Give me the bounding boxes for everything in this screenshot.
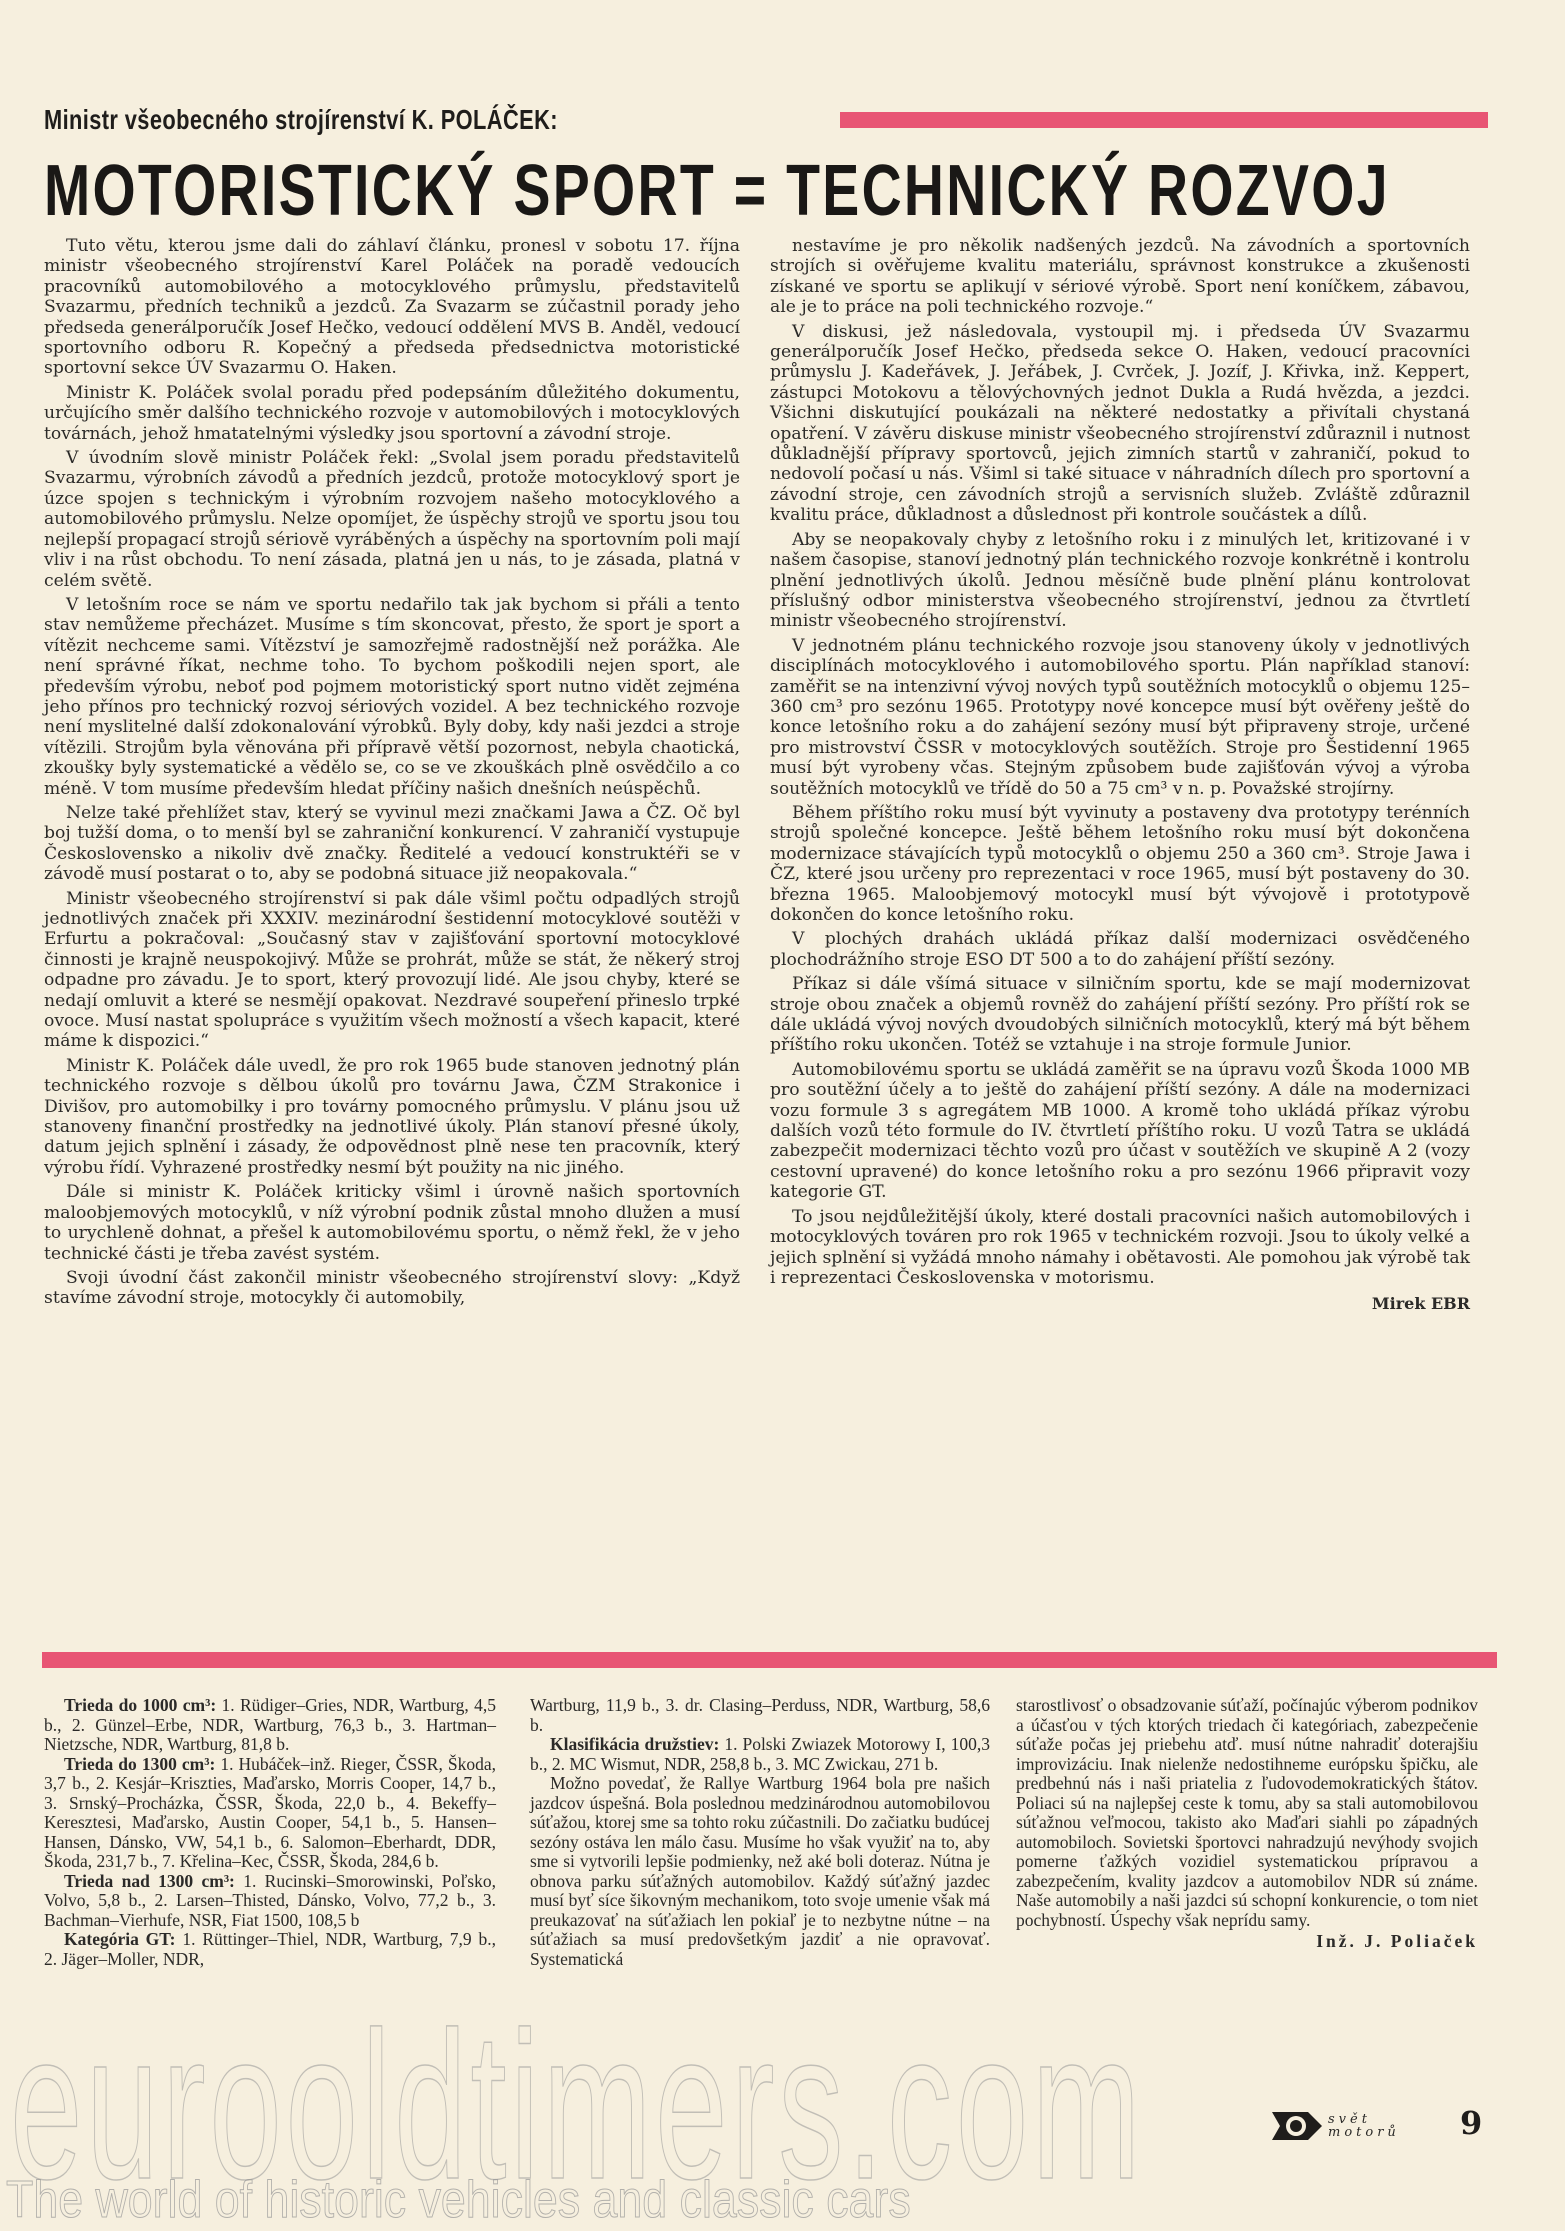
eye-logo-icon (1272, 2112, 1322, 2140)
results-text: Wartburg, 11,9 b., 3. dr. Clasing–Perdus… (530, 1695, 990, 1735)
results-paragraph: Kategória GT: 1. Rüttinger–Thiel, NDR, W… (44, 1930, 496, 1969)
logo-text-line2: motorů (1328, 2126, 1400, 2139)
article-paragraph: Tuto větu, kterou jsme dali do záhlaví č… (44, 236, 740, 379)
results-paragraph: Trieda do 1300 cm³: 1. Hubáček–inž. Rieg… (44, 1755, 496, 1872)
results-text: Možno povedať, že Rallye Wartburg 1964 b… (530, 1773, 990, 1969)
kicker: Ministr všeobecného strojírenství K. POL… (44, 104, 558, 136)
red-accent-bar-top (840, 112, 1488, 128)
article-paragraph: V úvodním slově ministr Poláček řekl: „S… (44, 448, 740, 591)
results-paragraph: Trieda do 1000 cm³: 1. Rüdiger–Gries, ND… (44, 1696, 496, 1755)
results-paragraph: Wartburg, 11,9 b., 3. dr. Clasing–Perdus… (530, 1696, 990, 1735)
article-column-right: nestavíme je pro několik nadšených jezdc… (770, 236, 1470, 1315)
article-paragraph: Ministr K. Poláček dále uvedl, že pro ro… (44, 1056, 740, 1178)
results-text: starostlivosť o obsadzovanie súťaží, poč… (1016, 1695, 1478, 1930)
results-category-label: Trieda do 1300 cm³: (64, 1754, 215, 1774)
results-paragraph: Trieda nad 1300 cm³: 1. Rucinski–Smorowi… (44, 1872, 496, 1931)
article-byline: Mirek EBR (770, 1294, 1470, 1314)
page-number: 9 (1460, 2104, 1482, 2142)
article-paragraph: Nelze také přehlížet stav, který se vyvi… (44, 803, 740, 885)
magazine-logo: svět motorů (1272, 2112, 1400, 2140)
article-paragraph: V diskusi, jež následovala, vystoupil mj… (770, 322, 1470, 526)
article-paragraph: V jednotném plánu technického rozvoje js… (770, 636, 1470, 799)
headline: MOTORISTICKÝ SPORT = TECHNICKÝ ROZVOJ (44, 150, 1168, 232)
article-paragraph: Automobilovému sportu se ukládá zaměřit … (770, 1060, 1470, 1203)
article-paragraph: Ministr všeobecného strojírenství si pak… (44, 889, 740, 1052)
article-paragraph: V letošním roce se nám ve sportu nedařil… (44, 595, 740, 799)
results-column-2: Wartburg, 11,9 b., 3. dr. Clasing–Perdus… (530, 1696, 990, 1969)
tagline: The world of historic vehicles and class… (6, 2170, 911, 2230)
article-paragraph: Příkaz si dále všímá situace v silničním… (770, 974, 1470, 1056)
results-category-label: Trieda do 1000 cm³: (64, 1695, 216, 1715)
article-column-left: Tuto větu, kterou jsme dali do záhlaví č… (44, 236, 740, 1313)
results-column-1: Trieda do 1000 cm³: 1. Rüdiger–Gries, ND… (44, 1696, 496, 1969)
results-category-label: Kategória GT: (64, 1929, 176, 1949)
article-paragraph: nestavíme je pro několik nadšených jezdc… (770, 236, 1470, 318)
results-column-3: starostlivosť o obsadzovanie súťaží, poč… (1016, 1696, 1478, 1952)
results-category-label: Klasifikácia družstiev: (550, 1734, 719, 1754)
article-paragraph: Svoji úvodní část zakončil ministr všeob… (44, 1268, 740, 1309)
article-paragraph: Během příštího roku musí být vyvinuty a … (770, 803, 1470, 925)
article-paragraph: To jsou nejdůležitější úkoly, které dost… (770, 1207, 1470, 1289)
results-paragraph: Možno povedať, že Rallye Wartburg 1964 b… (530, 1774, 990, 1969)
results-paragraph: starostlivosť o obsadzovanie súťaží, poč… (1016, 1696, 1478, 1930)
red-accent-bar-divider (42, 1652, 1497, 1668)
article-paragraph: V plochých drahách ukládá příkaz další m… (770, 929, 1470, 970)
article-paragraph: Aby se neopakovaly chyby z letošního rok… (770, 530, 1470, 632)
results-category-label: Trieda nad 1300 cm³: (64, 1871, 235, 1891)
results-paragraph: Klasifikácia družstiev: 1. Polski Zwiaze… (530, 1735, 990, 1774)
results-byline: Inž. J. Poliaček (1016, 1932, 1478, 1952)
article-paragraph: Dále si ministr K. Poláček kriticky všim… (44, 1182, 740, 1264)
article-paragraph: Ministr K. Poláček svolal poradu před po… (44, 383, 740, 444)
